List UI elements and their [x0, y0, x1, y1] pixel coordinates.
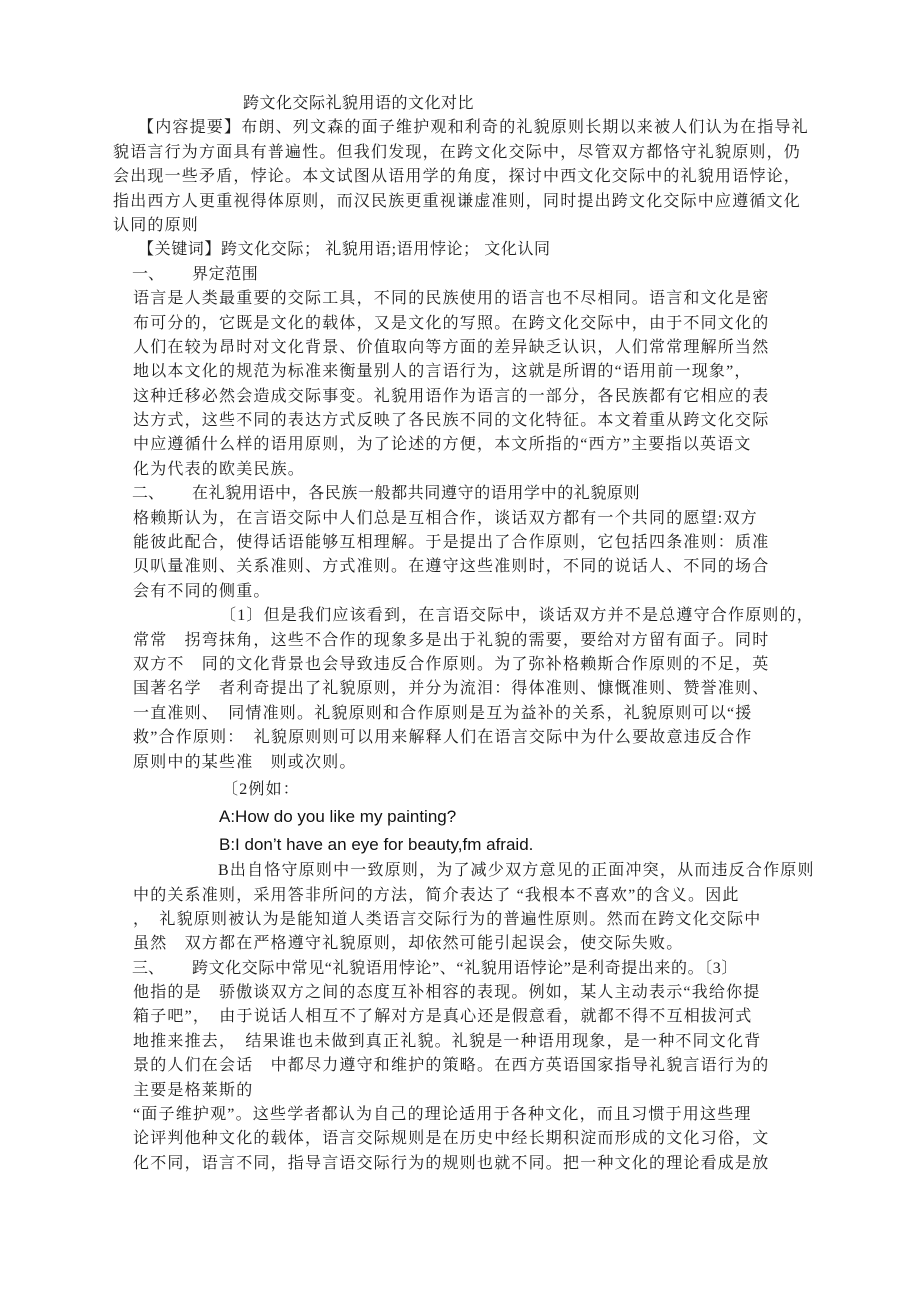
- document-content: 跨文化交际礼貌用语的文化对比 【内容提要】布朗、列文森的面子维护观和利奇的礼貌原…: [0, 92, 920, 1176]
- example-dialog-line-a: A:How do you like my painting?: [219, 805, 920, 829]
- abstract-first-line: 【内容提要】布朗、列文森的面子维护观和利奇的礼貌原则长期以来被人们认为在指导礼: [138, 116, 920, 140]
- body-line: 地推来推去， 结果谁也未做到真正礼貌。礼貌是一种语用现象，是一种不同文化背: [133, 1030, 920, 1054]
- body-line: 论评判他种文化的载体，语言交际规则是在历史中经长期积淀而形成的文化习俗，文: [133, 1127, 920, 1151]
- body-line: 箱子吧”， 由于说话人相互不了解对方是真心还是假意看，就都不得不互相拔河式: [133, 1005, 920, 1029]
- body-line: 能彼此配合，使得话语能够互相理解。于是提出了合作原则，它包括四条准则：质准: [133, 531, 920, 555]
- document-title: 跨文化交际礼貌用语的文化对比: [243, 92, 920, 116]
- body-line: 一直准则、 同情准则。礼貌原则和合作原则是互为益补的关系，礼貌原则可以“援: [133, 702, 920, 726]
- abstract-line: 貌语言行为方面具有普遍性。但我们发现，在跨文化交际中，尽管双方都恪守礼貌原则，仍: [113, 141, 920, 165]
- section-2-number: 二、: [132, 482, 192, 506]
- body-line: 化为代表的欧美民族。: [133, 458, 920, 482]
- body-line: 主要是格莱斯的: [133, 1079, 920, 1103]
- body-line: 人们在较为昂时对文化背景、价值取向等方面的差异缺乏认识，人们常常理解所当然: [133, 336, 920, 360]
- section-3-heading: 三、跨文化交际中常见“礼貌语用悖论”、“礼貌用语悖论”是利奇提出来的。〔3〕: [132, 957, 920, 981]
- section-1-heading: 一、界定范围: [132, 263, 920, 287]
- analysis-paragraph-first-line: B出自恪守原则中一致原则，为了减少双方意见的正面冲突，从而违反合作原则: [218, 859, 920, 883]
- section-3-number: 三、: [132, 957, 192, 981]
- abstract-line: 认同的原则: [113, 214, 920, 238]
- body-line: 他指的是 骄傲谈双方之间的态度互补相容的表现。例如，某人主动表示“我给你提: [133, 981, 920, 1005]
- body-line: 语言是人类最重要的交际工具，不同的民族使用的语言也不尽相同。语言和文化是密: [133, 287, 920, 311]
- abstract-line: 指出西方人更重视得体原则，而汉民族更重视谦虚准则，同时提出跨文化交际中应遵循文化: [113, 190, 920, 214]
- body-line: 双方不 同的文化背景也会导致违反合作原则。为了弥补格赖斯合作原则的不足，英: [133, 653, 920, 677]
- body-line: 国著名学 者利奇提出了礼貌原则，并分为流泪：得体准则、慷慨准则、赞誉准则、: [133, 677, 920, 701]
- section-3-title: 跨文化交际中常见“礼貌语用悖论”、“礼貌用语悖论”是利奇提出来的。〔3〕: [192, 960, 738, 977]
- example-intro-line: 〔2例如：: [222, 778, 920, 802]
- body-line: 格赖斯认为，在言语交际中人们总是互相合作，谈话双方都有一个共同的愿望:双方: [133, 507, 920, 531]
- body-line: 常常 拐弯抹角，这些不合作的现象多是出于礼貌的需要，要给对方留有面子。同时: [133, 629, 920, 653]
- body-line: 贝叭量准则、关系准则、方式准则。在遵守这些准则时，不同的说话人、不同的场合: [133, 555, 920, 579]
- body-line: 原则中的某些准 则或次则。: [133, 751, 920, 775]
- body-line: 会有不同的侧重。: [133, 580, 920, 604]
- body-line: 虽然 双方都在严格遵守礼貌原则，却依然可能引起误会，使交际失败。: [133, 932, 920, 956]
- section-2-heading: 二、在礼貌用语中，各民族一般都共同遵守的语用学中的礼貌原则: [132, 482, 920, 506]
- body-line: 中的关系准则，采用答非所问的方法，简介表达了 “我根本不喜欢”的含义。因此: [133, 884, 920, 908]
- ref-1-paragraph-first-line: 〔1〕但是我们应该看到，在言语交际中，谈话双方并不是总遵守合作原则的，: [220, 604, 920, 628]
- body-line: “面子维护观”。这些学者都认为自己的理论适用于各种文化，而且习惯于用这些理: [133, 1103, 920, 1127]
- body-line: 景的人们在会话 中都尽力遵守和维护的策略。在西方英语国家指导礼貌言语行为的: [133, 1054, 920, 1078]
- body-line: 救”合作原则： 礼貌原则则可以用来解释人们在语言交际中为什么要故意违反合作: [133, 726, 920, 750]
- body-line: 达方式，这些不同的表达方式反映了各民族不同的文化特征。本文着重从跨文化交际: [133, 409, 920, 433]
- section-1-number: 一、: [132, 263, 192, 287]
- keywords-line: 【关键词】跨文化交际； 礼貌用语;语用悖论； 文化认同: [138, 238, 920, 262]
- body-line: 地以本文化的规范为标准来衡量别人的言语行为，这就是所谓的“语用前一现象”，: [133, 360, 920, 384]
- example-dialog-line-b: B:I don’t have an eye for beauty,fm afra…: [219, 833, 920, 857]
- body-line: ， 礼貌原则被认为是能知道人类语言交际行为的普遍性原则。然而在跨文化交际中: [133, 908, 920, 932]
- document-page: 跨文化交际礼貌用语的文化对比 【内容提要】布朗、列文森的面子维护观和利奇的礼貌原…: [0, 0, 920, 1302]
- abstract-line: 会出现一些矛盾，悖论。本文试图从语用学的角度，探讨中西文化交际中的礼貌用语悖论，: [113, 165, 920, 189]
- section-2-title: 在礼貌用语中，各民族一般都共同遵守的语用学中的礼貌原则: [192, 485, 640, 502]
- section-1-title: 界定范围: [192, 266, 258, 283]
- body-line: 化不同，语言不同，指导言语交际行为的规则也就不同。把一种文化的理论看成是放: [133, 1152, 920, 1176]
- body-line: 中应遵循什么样的语用原则，为了论述的方便，本文所指的“西方”主要指以英语文: [133, 433, 920, 457]
- body-line: 布可分的，它既是文化的载体，又是文化的写照。在跨文化交际中，由于不同文化的: [133, 312, 920, 336]
- body-line: 这种迁移必然会造成交际事变。礼貌用语作为语言的一部分，各民族都有它相应的表: [133, 385, 920, 409]
